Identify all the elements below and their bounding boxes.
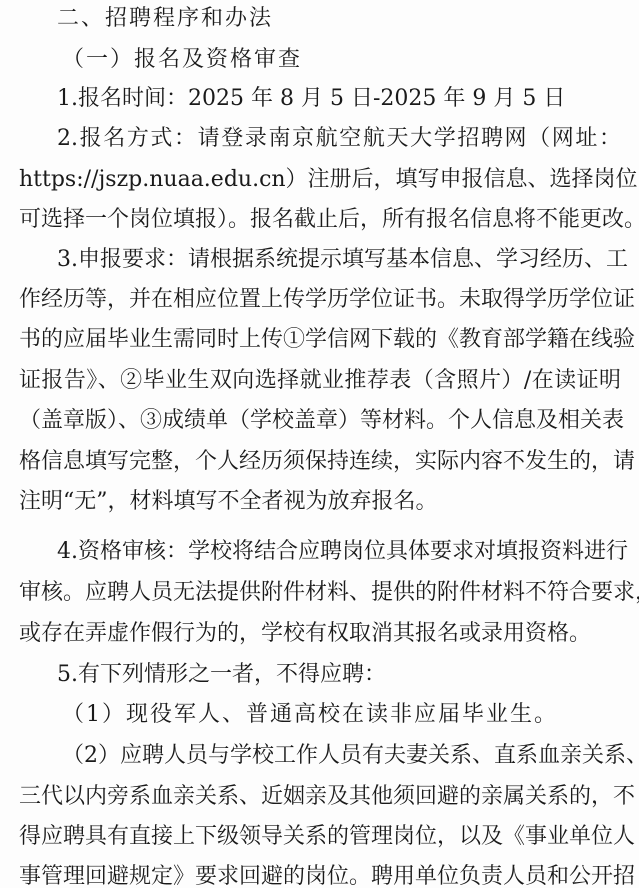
document-page: 二、招聘程序和办法 （一）报名及资格审查 1.报名时间：2025 年 8 月 5…	[0, 0, 639, 888]
item3-line-2: 作经历等，并在相应位置上传学历学位证书。未取得学历学位证	[19, 285, 621, 315]
item2-line-1: 2.报名方式：请登录南京航空航天大学招聘网（网址：	[57, 124, 621, 154]
item4-line-2: 审核。应聘人员无法提供附件材料、提供的附件材料不符合要求，	[19, 578, 621, 608]
item3-line-4: 证报告》、②毕业生双向选择就业推荐表（含照片）/在读证明	[19, 366, 621, 396]
item3-line-3: 书的应届毕业生需同时上传①学信网下载的《教育部学籍在线验	[19, 325, 621, 355]
item3-line-7: 注明“无”，材料填写不全者视为放弃报名。	[19, 487, 621, 517]
section-title: 二、招聘程序和办法	[57, 4, 639, 34]
item4-line-1: 4.资格审核：学校将结合应聘岗位具体要求对填报资料进行	[57, 537, 621, 567]
item2-line-3: 可选择一个岗位填报）。报名截止后，所有报名信息将不能更改。	[19, 205, 621, 235]
item3-line-6: 格信息填写完整，个人经历须保持连续，实际内容不发生的，请	[19, 447, 621, 477]
item5-sub2-line-4: 事管理回避规定》要求回避的岗位。聘用单位负责人员和公开招	[19, 862, 621, 888]
item5-sub1: （1）现役军人、普通高校在读非应届毕业生。	[62, 700, 639, 730]
item5-sub2-line-2: 三代以内旁系血亲关系、近姻亲及其他须回避的亲属关系的，不	[19, 782, 621, 812]
item3-line-5: （盖章版）、③成绩单（学校盖章）等材料。个人信息及相关表	[19, 406, 621, 436]
item5-sub2-line-3: 得应聘具有直接上下级领导关系的管理岗位，以及《事业单位人	[19, 822, 621, 852]
item5-sub2-line-1: （2）应聘人员与学校工作人员有夫妻关系、直系血亲关系、	[62, 741, 621, 771]
subsection-title: （一）报名及资格审查	[62, 45, 639, 75]
item5-line-1: 5.有下列情形之一者，不得应聘：	[57, 660, 621, 690]
item1-registration-time: 1.报名时间：2025 年 8 月 5 日-2025 年 9 月 5 日	[57, 84, 621, 114]
item2-line-2: https://jszp.nuaa.edu.cn）注册后，填写申报信息、选择岗位…	[19, 165, 621, 195]
item4-line-3: 或存在弄虚作假行为的，学校有权取消其报名或录用资格。	[19, 619, 621, 649]
item3-line-1: 3.申报要求：请根据系统提示填写基本信息、学习经历、工	[57, 245, 621, 275]
